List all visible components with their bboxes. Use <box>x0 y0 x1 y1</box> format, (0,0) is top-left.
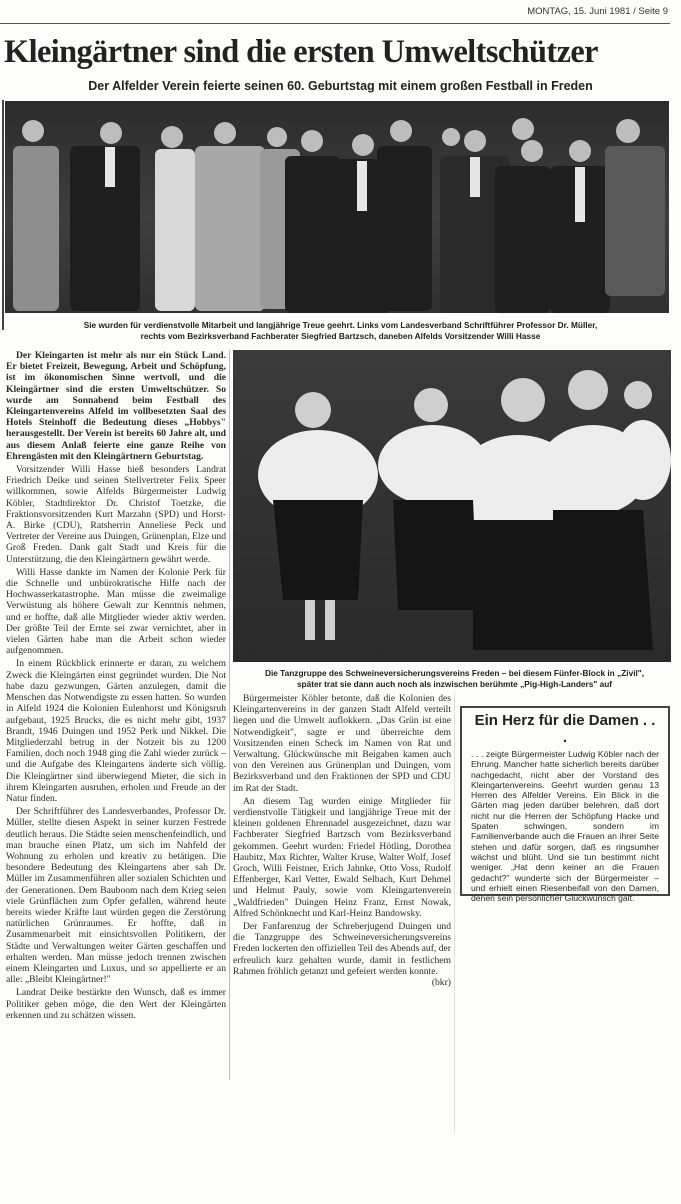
article-paragraph: An diesem Tag wurden einige Mitglieder f… <box>233 796 451 919</box>
article-headline: Kleingärtner sind die ersten Umweltschüt… <box>4 34 663 71</box>
column-divider <box>229 350 230 1080</box>
group-photo-caption: Sie wurden für verdienstvolle Mitarbeit … <box>0 320 681 341</box>
article-paragraph: Landrat Deike bestärkte den Wunsch, daß … <box>6 987 226 1021</box>
article-paragraph: In einem Rückblick erinnerte er daran, z… <box>6 658 226 804</box>
article-subheadline: Der Alfelder Verein feierte seinen 60. G… <box>0 79 681 93</box>
article-paragraph: Bürgermeister Köbler betonte, daß die Ko… <box>233 693 451 794</box>
dance-group-photo <box>233 350 671 662</box>
article-paragraph: Der Fanfarenzug der Schreberjugend Duing… <box>233 921 451 977</box>
article-column-1: Der Kleingarten ist mehr als nur ein Stü… <box>6 350 226 1023</box>
sidebar-box-title: Ein Herz für die Damen . . . <box>471 712 659 746</box>
header-divider <box>0 23 670 24</box>
caption-line: Die Tanzgruppe des Schweineversicherungs… <box>228 668 681 679</box>
margin-rule <box>2 100 4 330</box>
caption-line: rechts vom Bezirksverband Fachberater Si… <box>0 331 681 342</box>
article-lead: Der Kleingarten ist mehr als nur ein Stü… <box>6 350 226 462</box>
dance-photo-illustration <box>233 350 671 662</box>
caption-line: Sie wurden für verdienstvolle Mitarbeit … <box>0 320 681 331</box>
column-divider <box>454 693 455 1133</box>
article-paragraph: Vorsitzender Willi Hasse hieß besonders … <box>6 464 226 565</box>
author-byline: (bkr) <box>422 977 451 988</box>
sidebar-box-body: . . . zeigte Bürgermeister Ludwig Köbler… <box>471 749 659 903</box>
sidebar-box: Ein Herz für die Damen . . . . . . zeigt… <box>460 706 670 896</box>
dance-photo-caption: Die Tanzgruppe des Schweineversicherungs… <box>228 668 681 689</box>
article-paragraph: Willi Hasse dankte im Namen der Kolonie … <box>6 567 226 657</box>
article-paragraph: Der Schriftführer des Landesverbandes, P… <box>6 806 226 985</box>
paragraph-text: Der Fanfarenzug der Schreberjugend Duing… <box>233 921 451 977</box>
page-date-header: MONTAG, 15. Juni 1981 / Seite 9 <box>527 6 668 17</box>
group-photo-illustration <box>5 101 669 313</box>
caption-line: später trat sie dann auch noch als inzwi… <box>228 679 681 690</box>
group-photo <box>5 101 669 313</box>
article-column-2: Bürgermeister Köbler betonte, daß die Ko… <box>233 693 451 988</box>
